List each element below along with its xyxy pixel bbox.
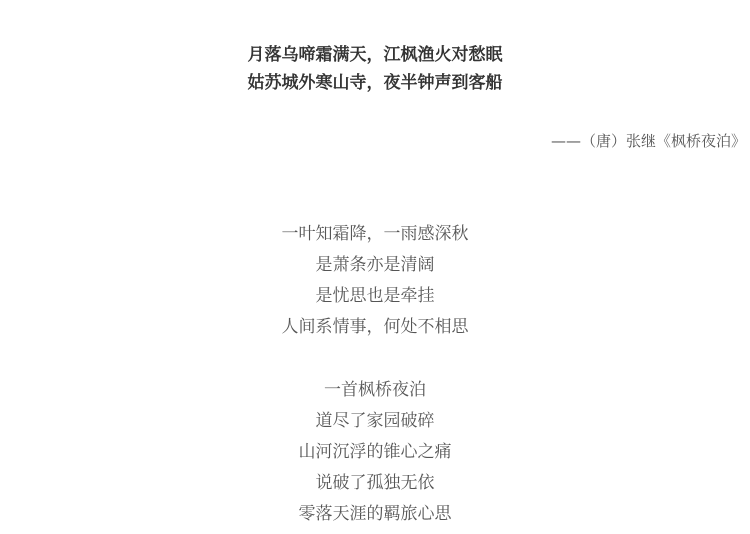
- stanza-2-line-5: 零落天涯的羁旅心思: [0, 499, 750, 530]
- stanza-1-line-4: 人间系情事，何处不相思: [0, 312, 750, 343]
- stanza-1: 一叶知霜降，一雨感深秋 是萧条亦是清阔 是忧思也是牵挂 人间系情事，何处不相思: [0, 219, 750, 343]
- stanza-2-line-4: 说破了孤独无依: [0, 468, 750, 499]
- classic-poem-line-1: 月落乌啼霜满天，江枫渔火对愁眠: [0, 41, 750, 69]
- stanza-2-line-3: 山河沉浮的锥心之痛: [0, 437, 750, 468]
- classic-poem-line-2: 姑苏城外寒山寺，夜半钟声到客船: [0, 69, 750, 97]
- classic-poem: 月落乌啼霜满天，江枫渔火对愁眠 姑苏城外寒山寺，夜半钟声到客船: [0, 41, 750, 97]
- stanza-1-line-3: 是忧思也是牵挂: [0, 281, 750, 312]
- stanza-2-line-1: 一首枫桥夜泊: [0, 375, 750, 406]
- stanza-1-line-2: 是萧条亦是清阔: [0, 250, 750, 281]
- poem-attribution: ——（唐）张继《枫桥夜泊》: [551, 130, 746, 152]
- stanza-1-line-1: 一叶知霜降，一雨感深秋: [0, 219, 750, 250]
- stanza-2: 一首枫桥夜泊 道尽了家园破碎 山河沉浮的锥心之痛 说破了孤独无依 零落天涯的羁旅…: [0, 375, 750, 530]
- stanza-2-line-2: 道尽了家园破碎: [0, 406, 750, 437]
